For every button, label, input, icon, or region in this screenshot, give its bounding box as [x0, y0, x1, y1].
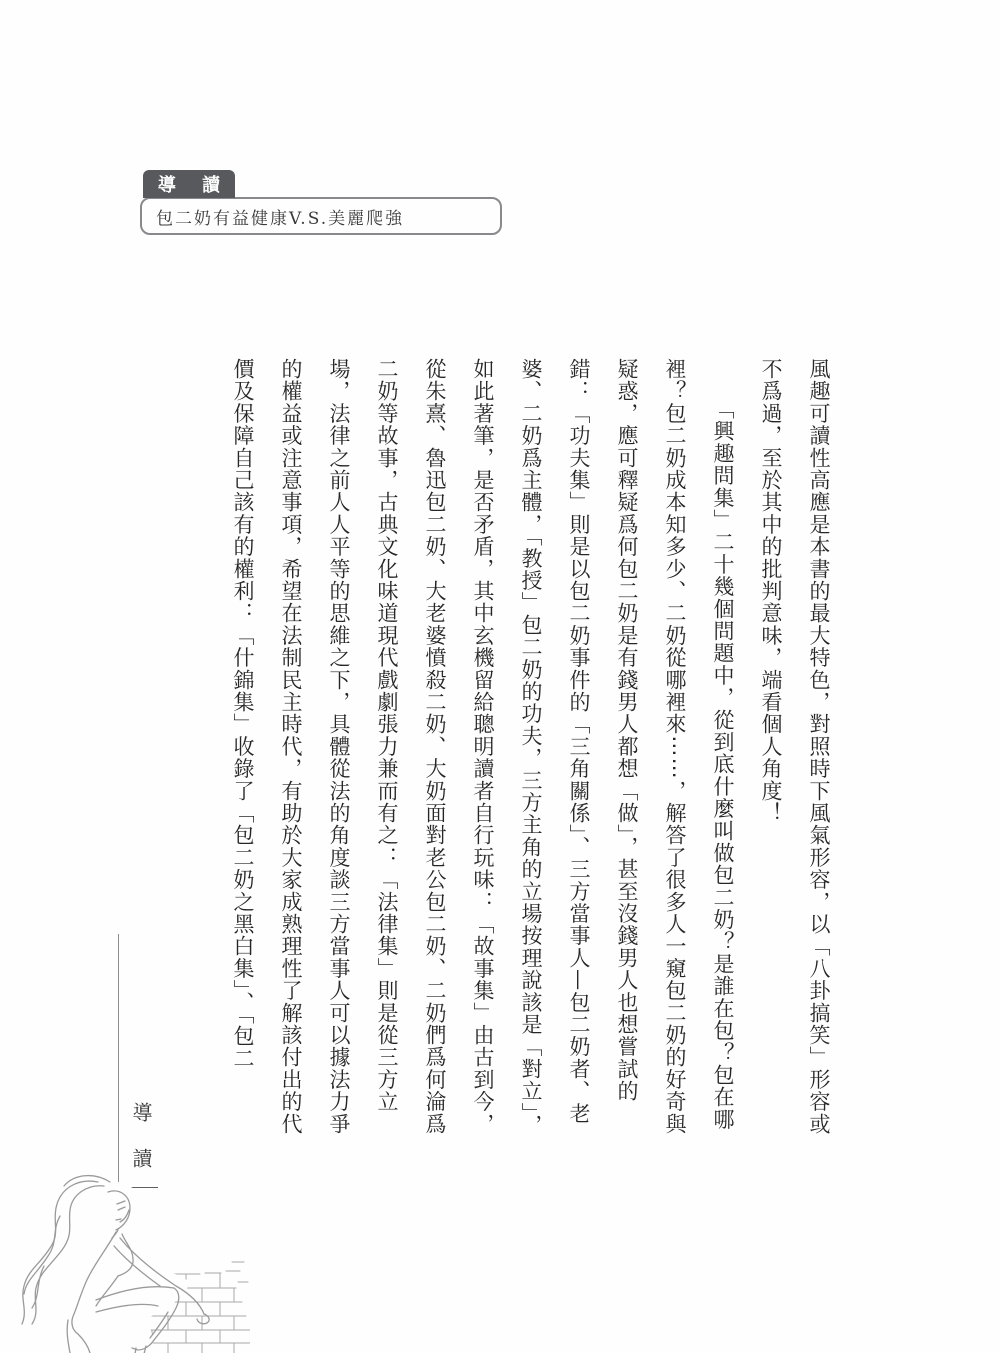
paragraph: 「興趣問集」二十幾個問題中，從到底什麼叫做包二奶？是誰在包？包在哪裡？包二奶成本… [219, 358, 747, 1138]
section-tab-label: 導 讀 [148, 171, 230, 197]
book-page: 導 讀 包二奶有益健康V.S.美麗爬強 風趣可讀性高應是本書的最大特色，對照時下… [0, 0, 1000, 1353]
footer-vertical-rule [118, 934, 119, 1210]
section-tab: 導 讀 [143, 170, 235, 198]
paragraph: 風趣可讀性高應是本書的最大特色，對照時下風氣形容，以「八卦搞笑」形容或不爲過，至… [747, 358, 843, 1138]
chapter-title: 包二奶有益健康V.S.美麗爬強 [156, 204, 404, 229]
chapter-title-box: 包二奶有益健康V.S.美麗爬強 [140, 197, 502, 235]
main-text-block: 風趣可讀性高應是本書的最大特色，對照時下風氣形容，以「八卦搞笑」形容或不爲過，至… [219, 358, 843, 1138]
woman-illustration [0, 1170, 250, 1353]
